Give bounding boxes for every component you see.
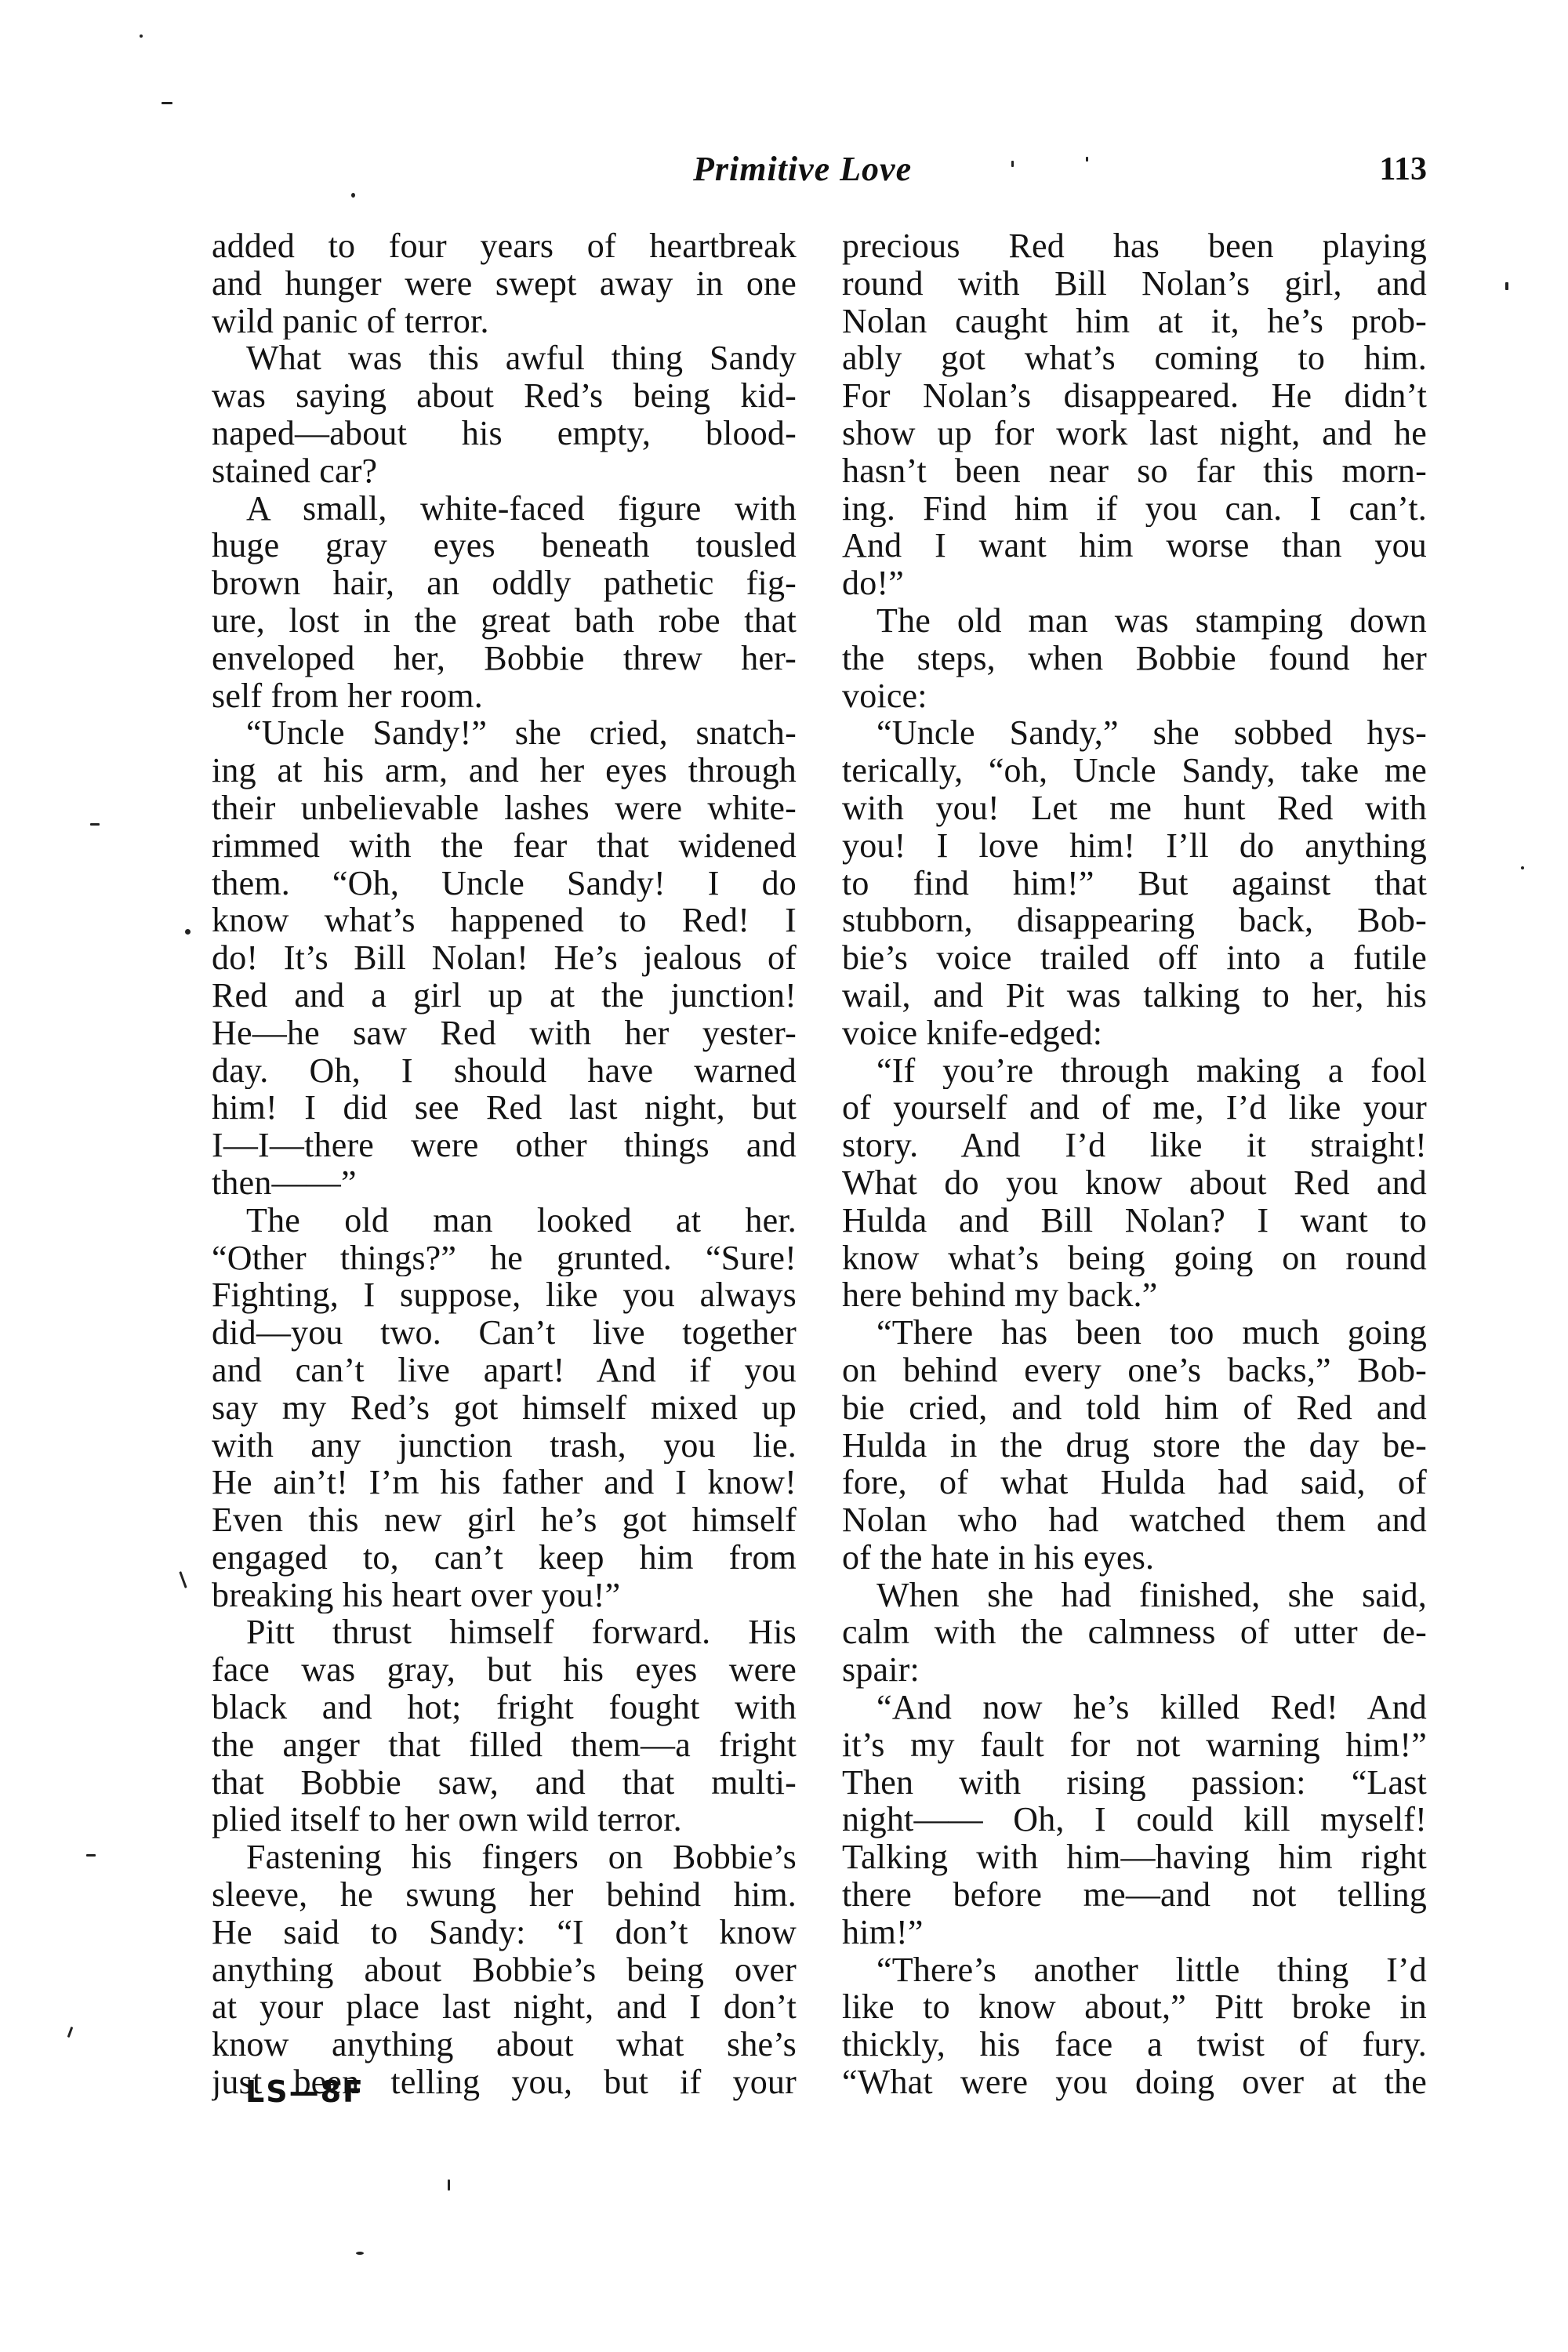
- text-line: huge gray eyes beneath tousled: [212, 527, 797, 564]
- text-line: Hulda and Bill Nolan? I want to: [842, 1202, 1427, 1240]
- text-line: face was gray, but his eyes were: [212, 1651, 797, 1689]
- text-line: him! I did see Red last night, but: [212, 1089, 797, 1127]
- text-line: ably got what’s coming to him.: [842, 339, 1427, 377]
- text-line: “Other things?” he grunted. “Sure!: [212, 1240, 797, 1277]
- scan-speck: [1521, 866, 1524, 869]
- text-line: voice:: [842, 677, 1427, 715]
- text-line: wail, and Pit was talking to her, his: [842, 977, 1427, 1014]
- text-line: ing. Find him if you can. I can’t.: [842, 490, 1427, 528]
- text-line: and can’t live apart! And if you: [212, 1352, 797, 1389]
- text-line: know what’s being going on round: [842, 1240, 1427, 1277]
- text-line: “What were you doing over at the: [842, 2063, 1427, 2101]
- text-line: And I want him worse than you: [842, 527, 1427, 564]
- left-text-column: added to four years of heartbreakand hun…: [212, 227, 797, 2101]
- text-line: thickly, his face a twist of fury.: [842, 2026, 1427, 2063]
- text-line: Hulda in the drug store the day be-: [842, 1427, 1427, 1465]
- text-line: them. “Oh, Uncle Sandy! I do: [212, 865, 797, 902]
- text-line: it’s my fault for not warning him!”: [842, 1726, 1427, 1764]
- scan-speck: [1011, 161, 1014, 167]
- text-line: was saying about Red’s being kid-: [212, 377, 797, 415]
- scan-speck: [448, 2180, 450, 2190]
- text-line: He said to Sandy: “I don’t know: [212, 1914, 797, 1951]
- text-line: The old man was stamping down: [842, 602, 1427, 640]
- running-title: Primitive Love: [693, 146, 912, 193]
- text-line: fore, of what Hulda had said, of: [842, 1464, 1427, 1501]
- text-line: anything about Bobbie’s being over: [212, 1951, 797, 1989]
- text-line: engaged to, can’t keep him from: [212, 1539, 797, 1577]
- text-line: Then with rising passion: “Last: [842, 1764, 1427, 1802]
- scan-speck: [1086, 157, 1088, 162]
- book-page: Primitive Love 113 added to four years o…: [0, 0, 1568, 2352]
- text-line: that Bobbie saw, and that multi-: [212, 1764, 797, 1802]
- text-line: with any junction trash, you lie.: [212, 1427, 797, 1465]
- scan-speck: [179, 1571, 187, 1588]
- printer-signature-mark: LS—8F: [245, 2074, 365, 2109]
- text-line: I—I—there were other things and: [212, 1127, 797, 1164]
- text-line: Fighting, I suppose, like you always: [212, 1276, 797, 1314]
- text-line: on behind every one’s backs,” Bob-: [842, 1352, 1427, 1389]
- text-line: know anything about what she’s: [212, 2026, 797, 2063]
- right-text-column: precious Red has been playinground with …: [842, 227, 1427, 2101]
- text-line: then——”: [212, 1164, 797, 1202]
- text-line: black and hot; fright fought with: [212, 1689, 797, 1726]
- text-line: “Uncle Sandy!” she cried, snatch-: [212, 714, 797, 752]
- text-line: self from her room.: [212, 677, 797, 715]
- text-line: day. Oh, I should have warned: [212, 1052, 797, 1090]
- text-line: Red and a girl up at the junction!: [212, 977, 797, 1014]
- text-line: night—— Oh, I could kill myself!: [842, 1801, 1427, 1838]
- scan-speck: [67, 2027, 74, 2038]
- text-line: know what’s happened to Red! I: [212, 902, 797, 939]
- text-line: Fastening his fingers on Bobbie’s: [212, 1838, 797, 1876]
- text-line: What do you know about Red and: [842, 1164, 1427, 1202]
- text-line: of yourself and of me, I’d like your: [842, 1089, 1427, 1127]
- text-line: at your place last night, and I don’t: [212, 1988, 797, 2026]
- scan-speck: [90, 823, 100, 826]
- text-line: “Uncle Sandy,” she sobbed hys-: [842, 714, 1427, 752]
- text-line: did—you two. Can’t live together: [212, 1314, 797, 1352]
- running-head: Primitive Love 113: [212, 146, 1427, 193]
- text-line: What was this awful thing Sandy: [212, 339, 797, 377]
- text-line: terically, “oh, Uncle Sandy, take me: [842, 752, 1427, 789]
- text-line: Talking with him—having him right: [842, 1838, 1427, 1876]
- text-line: the anger that filled them—a fright: [212, 1726, 797, 1764]
- text-line: calm with the calmness of utter de-: [842, 1613, 1427, 1651]
- text-line: A small, white-faced figure with: [212, 490, 797, 528]
- text-line: “If you’re through making a fool: [842, 1052, 1427, 1090]
- text-line: precious Red has been playing: [842, 227, 1427, 265]
- text-line: The old man looked at her.: [212, 1202, 797, 1240]
- text-line: plied itself to her own wild terror.: [212, 1801, 797, 1838]
- text-line: story. And I’d like it straight!: [842, 1127, 1427, 1164]
- text-line: Pitt thrust himself forward. His: [212, 1613, 797, 1651]
- text-line: round with Bill Nolan’s girl, and: [842, 265, 1427, 303]
- scan-speck: [1505, 282, 1508, 290]
- text-line: stained car?: [212, 452, 797, 490]
- text-line: “There’s another little thing I’d: [842, 1951, 1427, 1989]
- text-line: him!”: [842, 1914, 1427, 1951]
- text-line: do!”: [842, 564, 1427, 602]
- text-line: spair:: [842, 1651, 1427, 1689]
- text-line: to find him!” But against that: [842, 865, 1427, 902]
- text-line: hasn’t been near so far this morn-: [842, 452, 1427, 490]
- text-line: stubborn, disappearing back, Bob-: [842, 902, 1427, 939]
- text-line: ing at his arm, and her eyes through: [212, 752, 797, 789]
- text-line: added to four years of heartbreak: [212, 227, 797, 265]
- text-line: say my Red’s got himself mixed up: [212, 1389, 797, 1427]
- scan-speck: [356, 2252, 364, 2255]
- text-line: bie cried, and told him of Red and: [842, 1389, 1427, 1427]
- text-line: When she had finished, she said,: [842, 1577, 1427, 1614]
- scan-speck: [162, 102, 172, 104]
- text-line: Nolan who had watched them and: [842, 1501, 1427, 1539]
- text-line: wild panic of terror.: [212, 303, 797, 340]
- text-line: rimmed with the fear that widened: [212, 827, 797, 865]
- text-line: “And now he’s killed Red! And: [842, 1689, 1427, 1726]
- text-line: He ain’t! I’m his father and I know!: [212, 1464, 797, 1501]
- text-line: you! I love him! I’ll do anything: [842, 827, 1427, 865]
- text-line: do! It’s Bill Nolan! He’s jealous of: [212, 939, 797, 977]
- page-number: 113: [1379, 146, 1427, 193]
- text-line: show up for work last night, and he: [842, 415, 1427, 452]
- text-line: Even this new girl he’s got himself: [212, 1501, 797, 1539]
- text-line: For Nolan’s disappeared. He didn’t: [842, 377, 1427, 415]
- text-line: voice knife-edged:: [842, 1014, 1427, 1052]
- text-line: brown hair, an oddly pathetic fig-: [212, 564, 797, 602]
- scan-speck: [140, 34, 143, 38]
- text-line: of the hate in his eyes.: [842, 1539, 1427, 1577]
- text-line: breaking his heart over you!”: [212, 1577, 797, 1614]
- text-line: and hunger were swept away in one: [212, 265, 797, 303]
- text-line: like to know about,” Pitt broke in: [842, 1988, 1427, 2026]
- text-line: there before me—and not telling: [842, 1876, 1427, 1914]
- text-line: their unbelievable lashes were white-: [212, 789, 797, 827]
- text-line: bie’s voice trailed off into a futile: [842, 939, 1427, 977]
- scan-speck: [86, 1854, 96, 1857]
- text-line: He—he saw Red with her yester-: [212, 1014, 797, 1052]
- text-line: the steps, when Bobbie found her: [842, 640, 1427, 677]
- text-line: sleeve, he swung her behind him.: [212, 1876, 797, 1914]
- text-line: naped—about his empty, blood-: [212, 415, 797, 452]
- text-line: Nolan caught him at it, he’s prob-: [842, 303, 1427, 340]
- scan-speck: [351, 193, 355, 198]
- text-line: with you! Let me hunt Red with: [842, 789, 1427, 827]
- text-line: enveloped her, Bobbie threw her-: [212, 640, 797, 677]
- text-line: “There has been too much going: [842, 1314, 1427, 1352]
- text-line: here behind my back.”: [842, 1276, 1427, 1314]
- text-line: ure, lost in the great bath robe that: [212, 602, 797, 640]
- scan-speck: [185, 929, 191, 935]
